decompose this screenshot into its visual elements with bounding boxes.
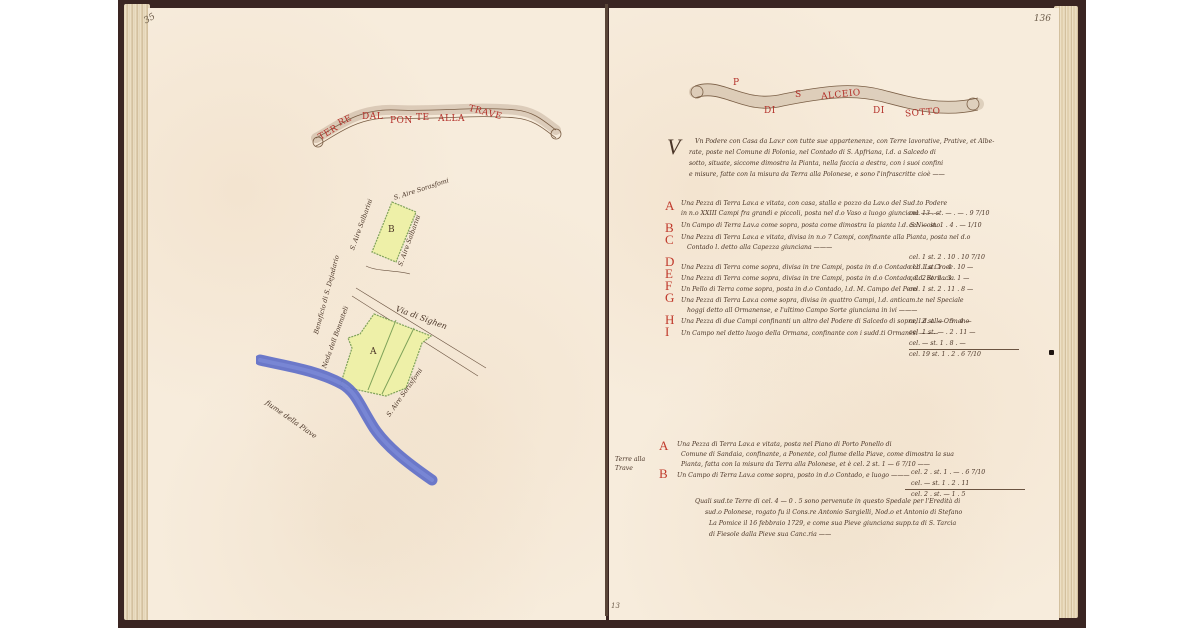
entry-amount: cel. — st. 1 . 8 . —: [909, 340, 966, 347]
closing-line: La Pomice il 16 febbraio 1729, e come su…: [709, 520, 956, 529]
intro-line: rate, poste nel Comune di Polonia, nel C…: [689, 149, 936, 158]
banner-word: ALLA: [438, 114, 465, 124]
entry-amount: cel. 2 st. 2 . 3 . 1 —: [909, 275, 969, 282]
entry-line: Una Pezza di due Campi confinanti un alt…: [681, 318, 969, 327]
entry-letter: A: [659, 438, 668, 454]
entry-line: Un Pello di Terra come sopra, posta in d…: [681, 286, 917, 295]
closing-line: sud.o Polonese, rogato fu il Cons.re Ant…: [705, 509, 962, 518]
closing-line: Quali sud.te Terre di cel. 4 — 0 . 5 son…: [695, 498, 960, 507]
entry-line: Una Pezza di Terra Lav.a come sopra, div…: [681, 297, 964, 306]
intro-line: sotto, situate, siccome dimostra la Pian…: [689, 160, 943, 169]
banner-word: DAL: [362, 112, 383, 122]
entry-amount: cel. 2 . st. 1 . — . 6 7/10: [911, 469, 985, 476]
entry-line: Una Pezza di Terra Lav.a e vitata, divis…: [681, 234, 970, 243]
right-folio-number: 136: [1034, 14, 1051, 24]
total-rule: [909, 349, 1019, 350]
entry-amount: cel. — st. 1 . 4 . — 1/10: [909, 222, 982, 229]
svg-text:B: B: [388, 225, 395, 235]
closing-line: di Fiesole dalla Pieve sua Canc.ria ——: [709, 531, 831, 540]
initial-v: V: [667, 134, 680, 160]
banner-word: DI: [873, 106, 885, 116]
entry-line: Un Campo di Terra Lav.a come sopra, post…: [681, 222, 940, 231]
entry-amount: cel. 1 st. 1 . 4 . 10 —: [909, 264, 973, 271]
entry-amount: cel. — st. 1 . 2 . 11: [911, 480, 969, 487]
margin-note: Terre alla Trave: [615, 456, 651, 473]
svg-text:A: A: [369, 347, 377, 357]
entry-line: Una Pezza di Terra Lav.a e vitata, con c…: [681, 200, 947, 209]
entry-line: Un Campo nel detto luogo della Ormana, c…: [681, 330, 938, 339]
bottom-folio: 13: [611, 602, 620, 610]
entry-line: Pianta, fatta con la misura da Terra all…: [681, 461, 930, 470]
entry-line: in n.o XXIII Campi fra grandi e piccoli,…: [681, 210, 939, 219]
entry-line: Un Campo di Terra Lav.a come sopra, post…: [677, 472, 910, 481]
entry-line: Comune di Sandaia, confinante, a Ponente…: [681, 451, 954, 460]
banner-word: DI: [764, 106, 776, 116]
right-page: 136 P DI S ALCEIO DI SOTTO V Vn Podere c…: [609, 8, 1059, 620]
entry-amount: cel. 13 . st. — . — . 9 7/10: [909, 210, 989, 217]
intro-line: Vn Podere con Casa da Lav.r con tutte su…: [695, 138, 994, 147]
entry-letter: A: [665, 198, 674, 214]
ink-blot: [1049, 350, 1054, 355]
left-page: 35 TER RE DAL PON TE ALLA TRAVE B S. Air…: [148, 8, 606, 620]
banner-word: S: [795, 90, 802, 100]
banner-word: PON: [390, 116, 413, 126]
entry-line: Una Pezza di Terra Lav.a e vitata, posta…: [677, 441, 892, 450]
left-page-stack: [124, 4, 150, 620]
entry-letter: G: [665, 290, 674, 306]
banner-word: P: [733, 78, 740, 88]
intro-line: e misure, fatte con la misura da Terra a…: [689, 171, 945, 180]
entry-line: Contado l. detto alla Capezza giunciana …: [687, 244, 832, 253]
parcel-a-map: A: [256, 278, 496, 488]
entry-letter: B: [659, 466, 668, 482]
entry-amount: cel. 1 st. 2 . 10 . 10 7/10: [909, 254, 985, 261]
total-amount: cel. 19 st. 1 . 2 . 6 7/10: [909, 351, 981, 358]
entry-amount: cel. 1 st. 2 . 11 . 8 —: [909, 286, 973, 293]
total-rule: [905, 489, 1025, 490]
book-gutter: [605, 4, 608, 616]
entry-letter: C: [665, 232, 674, 248]
entry-line: hoggi detto all Ormanense, e l'ultimo Ca…: [687, 307, 917, 316]
banner-word: TE: [416, 113, 430, 123]
entry-letter: I: [665, 324, 669, 340]
total-amount: cel. 2 . st. — 1 . 5: [911, 491, 965, 498]
